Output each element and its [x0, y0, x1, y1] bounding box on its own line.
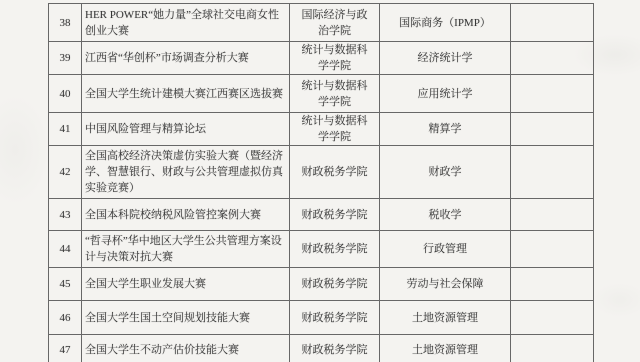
college-cell: 财政税务学院	[290, 268, 380, 301]
notes-cell	[511, 268, 594, 301]
college-cell: 财政税务学院	[290, 231, 380, 268]
college-cell: 财政税务学院	[290, 301, 380, 335]
college-cell: 财政税务学院	[290, 146, 380, 199]
row-number-cell: 43	[49, 199, 82, 231]
major-cell: 经济统计学	[380, 42, 511, 75]
table-row: 42 全国高校经济决策虚仿实验大赛（暨经济学、智慧银行、财政与公共管理虚拟仿真实…	[49, 146, 594, 199]
notes-cell	[511, 4, 594, 42]
major-cell: 国际商务（IPMP）	[380, 4, 511, 42]
notes-cell	[511, 113, 594, 146]
major-cell: 应用统计学	[380, 75, 511, 113]
table-row: 43 全国本科院校纳税风险管控案例大赛 财政税务学院 税收学	[49, 199, 594, 231]
major-cell: 土地资源管理	[380, 335, 511, 362]
table-row: 40 全国大学生统计建模大赛江西赛区选拔赛 统计与数据科学学院 应用统计学	[49, 75, 594, 113]
scanned-document-page: 38 HER POWER“她力量”全球社交电商女性创业大赛 国际经济与政治学院 …	[0, 0, 640, 362]
major-cell: 税收学	[380, 199, 511, 231]
competition-name-cell: “哲寻杯”华中地区大学生公共管理方案设计与决策对抗大赛	[82, 231, 290, 268]
college-cell: 统计与数据科学学院	[290, 75, 380, 113]
competition-name-cell: 全国大学生不动产估价技能大赛	[82, 335, 290, 362]
row-number-cell: 38	[49, 4, 82, 42]
college-cell: 统计与数据科学学院	[290, 113, 380, 146]
major-cell: 精算学	[380, 113, 511, 146]
competition-name-cell: 全国大学生职业发展大赛	[82, 268, 290, 301]
competition-name-cell: 全国大学生统计建模大赛江西赛区选拔赛	[82, 75, 290, 113]
notes-cell	[511, 335, 594, 362]
row-number-cell: 39	[49, 42, 82, 75]
table-row: 41 中国风险管理与精算论坛 统计与数据科学学院 精算学	[49, 113, 594, 146]
competition-name-cell: 中国风险管理与精算论坛	[82, 113, 290, 146]
row-number-cell: 40	[49, 75, 82, 113]
table-row: 46 全国大学生国土空间规划技能大赛 财政税务学院 土地资源管理	[49, 301, 594, 335]
major-cell: 劳动与社会保障	[380, 268, 511, 301]
notes-cell	[511, 42, 594, 75]
notes-cell	[511, 199, 594, 231]
row-number-cell: 45	[49, 268, 82, 301]
row-number-cell: 46	[49, 301, 82, 335]
competition-name-cell: 江西省“华创杯”市场调查分析大赛	[82, 42, 290, 75]
table-row: 47 全国大学生不动产估价技能大赛 财政税务学院 土地资源管理	[49, 335, 594, 362]
notes-cell	[511, 146, 594, 199]
major-cell: 土地资源管理	[380, 301, 511, 335]
notes-cell	[511, 301, 594, 335]
competition-name-cell: 全国大学生国土空间规划技能大赛	[82, 301, 290, 335]
major-cell: 财政学	[380, 146, 511, 199]
college-cell: 国际经济与政治学院	[290, 4, 380, 42]
college-cell: 财政税务学院	[290, 335, 380, 362]
competition-table: 38 HER POWER“她力量”全球社交电商女性创业大赛 国际经济与政治学院 …	[48, 3, 594, 362]
college-cell: 财政税务学院	[290, 199, 380, 231]
table-row: 38 HER POWER“她力量”全球社交电商女性创业大赛 国际经济与政治学院 …	[49, 4, 594, 42]
notes-cell	[511, 231, 594, 268]
table-row: 44 “哲寻杯”华中地区大学生公共管理方案设计与决策对抗大赛 财政税务学院 行政…	[49, 231, 594, 268]
major-cell: 行政管理	[380, 231, 511, 268]
college-cell: 统计与数据科学学院	[290, 42, 380, 75]
table-row: 39 江西省“华创杯”市场调查分析大赛 统计与数据科学学院 经济统计学	[49, 42, 594, 75]
notes-cell	[511, 75, 594, 113]
row-number-cell: 47	[49, 335, 82, 362]
competition-name-cell: 全国本科院校纳税风险管控案例大赛	[82, 199, 290, 231]
row-number-cell: 44	[49, 231, 82, 268]
competition-name-cell: 全国高校经济决策虚仿实验大赛（暨经济学、智慧银行、财政与公共管理虚拟仿真实验竞赛…	[82, 146, 290, 199]
competition-name-cell: HER POWER“她力量”全球社交电商女性创业大赛	[82, 4, 290, 42]
row-number-cell: 41	[49, 113, 82, 146]
table-row: 45 全国大学生职业发展大赛 财政税务学院 劳动与社会保障	[49, 268, 594, 301]
row-number-cell: 42	[49, 146, 82, 199]
